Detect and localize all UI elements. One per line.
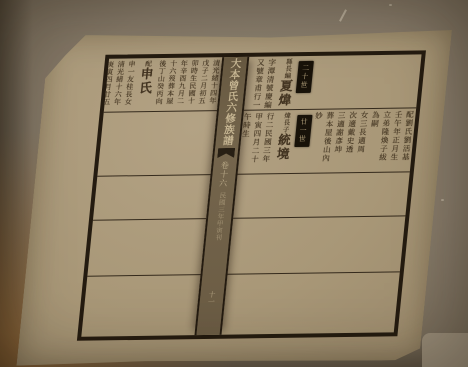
dust-speck [389, 4, 392, 6]
torn-corner-patch [422, 333, 468, 367]
tier-row [97, 111, 217, 177]
tier-row [222, 272, 400, 334]
person-name: 申氏 [137, 67, 154, 95]
tier-row: 二十世 縣長編夏煒 字潭清號慶編 又號章甫行一 [244, 54, 422, 110]
biography-column: 為嗣 [370, 111, 381, 128]
biography-column: 午時生 [241, 113, 253, 139]
blank-space [315, 56, 420, 67]
right-page: 二十世 縣長編夏煒 字潭清號慶編 又號章甫行一 配劉氏劉活基 壬午年正月生 立弟… [222, 54, 422, 334]
generation-label-21: 廿一世 [294, 115, 312, 147]
person-entry-tongjing: 煒長子統境 [272, 112, 295, 161]
person-name-shenshi: 配申氏 [135, 60, 157, 95]
book-photo: 清光緒十四年 戊子二月初五 卯時生民國十 年辛酉九月二 十六歿葬本屋 後丁山癸丙… [0, 0, 468, 367]
person-name: 統境 [274, 133, 291, 161]
tier-row: 配劉氏劉活基 壬午年正月生 立弟隆煥子紱 為嗣 女三長適周 次適戴史透 三適謝彥… [238, 108, 417, 174]
volume-number: 卷十六 [217, 161, 231, 188]
person-name: 夏煒 [276, 79, 293, 107]
dust-speck [441, 199, 444, 201]
tier-row [233, 172, 410, 218]
tier-row [87, 219, 206, 277]
fish-tail-mark [217, 148, 235, 158]
person-entry-xiawei: 縣長編夏煒 [274, 58, 297, 107]
page-number: 十一 [206, 291, 217, 305]
spine-note: 民國三年甲寅刊 [213, 192, 227, 241]
tier-row: 清光緒十四年 戊子二月初五 卯時生民國十 年辛酉九月二 十六歿葬本屋 後丁山癸丙… [104, 57, 223, 113]
tier-row [228, 216, 406, 274]
page-border-frame: 清光緒十四年 戊子二月初五 卯時生民國十 年辛酉九月二 十六歿葬本屋 後丁山癸丙… [77, 50, 426, 340]
book-page: 清光緒十四年 戊子二月初五 卯時生民國十 年辛酉九月二 十六歿葬本屋 後丁山癸丙… [16, 30, 452, 366]
relation-prefix: 縣長編 [283, 58, 292, 79]
biography-column: 妙 [314, 112, 324, 121]
biography-column: 女三長適周 [356, 111, 370, 154]
generation-label-20: 二十世 [296, 61, 314, 93]
scratch-mark [339, 9, 347, 21]
tier-row [93, 175, 211, 221]
tier-row [81, 275, 200, 337]
relation-prefix: 煒長子 [281, 112, 290, 133]
spine-title: 大本曾氏六修族譜 [219, 58, 243, 146]
